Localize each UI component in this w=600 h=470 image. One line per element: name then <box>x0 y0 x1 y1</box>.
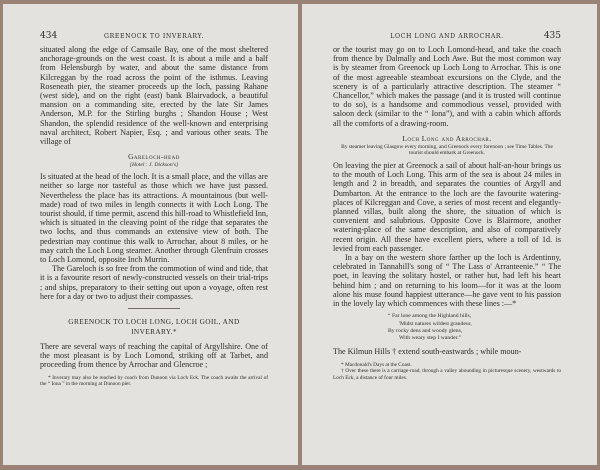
verse-line: By rocky dens and woody glens, <box>388 328 561 335</box>
paragraph: or the tourist may go on to Loch Lomond-… <box>333 45 561 128</box>
section-divider <box>128 308 180 309</box>
verse-quote: “ Far lone among the Highland hills, 'Mi… <box>388 313 561 342</box>
paragraph: Is situated at the head of the loch. It … <box>40 172 268 264</box>
paragraph: In a bay on the western shore farther up… <box>333 253 561 308</box>
section-note: By steamer leaving Glasgow every morning… <box>339 144 555 157</box>
chapter-heading-line: INVERARY.* <box>40 327 268 337</box>
right-page: 000 LOCH LONG AND ARROCHAR. 435 or the t… <box>302 4 597 465</box>
paragraph: The Gareloch is so free from the commoti… <box>40 264 268 301</box>
footnotes: * Inverary may also be reached by coach … <box>40 375 268 388</box>
footnote: * Macdonald's Days at the Coast. <box>333 362 561 369</box>
left-running-head: 434 GREENOCK TO INVERARY. 000 <box>40 31 268 45</box>
page-number: 435 <box>544 31 561 41</box>
running-title: GREENOCK TO INVERARY. <box>57 33 251 40</box>
chapter-heading-line: GREENOCK TO LOCH LONG, LOCH GOIL, AND <box>40 317 268 327</box>
verse-line: With weary step I wander.” <box>388 335 561 342</box>
verse-line: 'Midst natures wildest grandeur, <box>388 321 561 328</box>
footnote: * Inverary may also be reached by coach … <box>40 375 268 388</box>
running-title: LOCH LONG AND ARROCHAR. <box>350 33 544 40</box>
left-page-content: 434 GREENOCK TO INVERARY. 000 situated a… <box>40 31 268 388</box>
paragraph: situated along the edge of Camsaile Bay,… <box>40 45 268 146</box>
verse-line: “ Far lone among the Highland hills, <box>388 313 561 320</box>
chapter-heading: GREENOCK TO LOCH LONG, LOCH GOIL, AND IN… <box>40 317 268 337</box>
section-subheading: [Hotel : J. Dickson's] <box>40 162 268 168</box>
left-page: 434 GREENOCK TO INVERARY. 000 situated a… <box>3 4 298 465</box>
paragraph: The Kilmun Hills † extend south-eastward… <box>333 347 561 356</box>
right-page-content: 000 LOCH LONG AND ARROCHAR. 435 or the t… <box>333 31 561 381</box>
paragraph: On leaving the pier at Greenock a sail o… <box>333 161 561 253</box>
page-number: 434 <box>40 31 57 41</box>
section-heading: Gareloch-head <box>40 152 268 161</box>
footnote: † Over these there is a carriage-road, t… <box>333 368 561 381</box>
right-running-head: 000 LOCH LONG AND ARROCHAR. 435 <box>333 31 561 45</box>
paragraph: There are several ways of reaching the c… <box>40 342 268 370</box>
section-heading: Loch Long and Arrochar. <box>333 134 561 143</box>
footnotes: * Macdonald's Days at the Coast. † Over … <box>333 362 561 382</box>
